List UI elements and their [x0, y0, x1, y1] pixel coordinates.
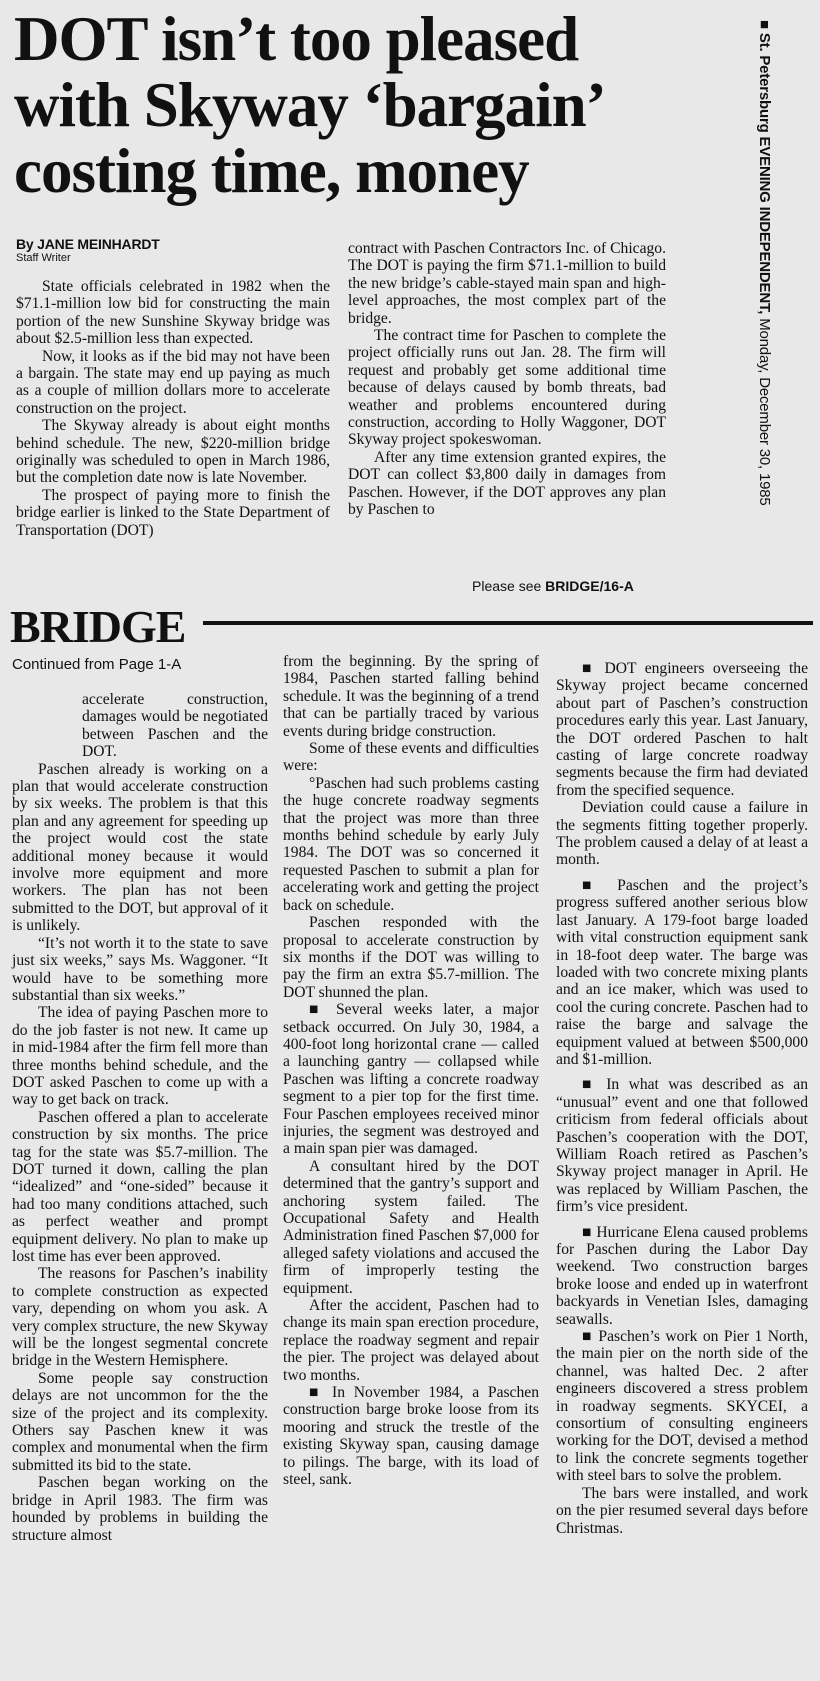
publication-dateline: ■ St. Petersburg EVENING INDEPENDENT, Mo… — [756, 20, 773, 506]
paragraph: °Paschen had such problems casting the h… — [283, 775, 539, 914]
spacer — [556, 1068, 808, 1076]
paragraph: Deviation could cause a failure in the s… — [556, 799, 808, 869]
paragraph: The bars were installed, and work on the… — [556, 1485, 808, 1537]
paragraph: Some people say construction delays are … — [12, 1370, 268, 1474]
paragraph: The reasons for Paschen’s inability to c… — [12, 1265, 268, 1369]
paragraph: State officials celebrated in 1982 when … — [16, 278, 330, 348]
headline-line-2: with Skyway ‘bargain’ — [14, 72, 694, 138]
paragraph: Paschen began working on the bridge in A… — [12, 1474, 268, 1544]
paragraph: ■ Paschen and the project’s progress suf… — [556, 877, 808, 1068]
front-column-2: contract with Paschen Contractors Inc. o… — [348, 240, 666, 519]
paragraph: The Skyway already is about eight months… — [16, 417, 330, 487]
paragraph: accelerate construction, damages would b… — [12, 691, 268, 761]
continuation-column-2: from the beginning. By the spring of 198… — [283, 653, 539, 1489]
paragraph: contract with Paschen Contractors Inc. o… — [348, 240, 666, 327]
paragraph: Paschen offered a plan to accelerate con… — [12, 1109, 268, 1266]
paragraph: ■ Hurricane Elena caused problems for Pa… — [556, 1224, 808, 1328]
paragraph: A consultant hired by the DOT determined… — [283, 1158, 539, 1297]
paragraph: ■ In what was described as an “unusual” … — [556, 1076, 808, 1215]
spacer — [556, 1216, 808, 1224]
paragraph: The contract time for Paschen to complet… — [348, 327, 666, 449]
paragraph: Paschen already is working on a plan tha… — [12, 761, 268, 935]
jump-line: Please see BRIDGE/16-A — [472, 578, 634, 594]
heading-rule — [203, 621, 813, 625]
continuation-heading: BRIDGE — [10, 604, 185, 650]
paragraph: from the beginning. By the spring of 198… — [283, 653, 539, 740]
author-name: By JANE MEINHARDT — [16, 236, 160, 252]
jump-prefix: Please see — [472, 578, 545, 594]
paragraph: Some of these events and difficulties we… — [283, 740, 539, 775]
continuation-column-3: ■ DOT engineers overseeing the Skyway pr… — [556, 660, 808, 1537]
paragraph: ■ DOT engineers overseeing the Skyway pr… — [556, 660, 808, 799]
paragraph: Paschen responded with the proposal to a… — [283, 914, 539, 1001]
author-role: Staff Writer — [16, 252, 160, 264]
spacer — [556, 869, 808, 877]
continued-from: Continued from Page 1-A — [12, 656, 181, 673]
publication-date: Monday, December 30, 1985 — [756, 318, 773, 505]
bullet-icon: ■ — [756, 20, 773, 29]
paragraph: The prospect of paying more to finish th… — [16, 487, 330, 539]
paragraph: ■ Paschen’s work on Pier 1 North, the ma… — [556, 1328, 808, 1485]
headline-line-1: DOT isn’t too pleased — [14, 6, 694, 72]
paragraph: ■ Several weeks later, a major setback o… — [283, 1001, 539, 1158]
paragraph: After any time extension granted expires… — [348, 449, 666, 519]
continuation-column-1: accelerate construction, damages would b… — [12, 691, 268, 1544]
paragraph: Now, it looks as if the bid may not have… — [16, 348, 330, 418]
byline: By JANE MEINHARDT Staff Writer — [16, 236, 160, 264]
paragraph: After the accident, Paschen had to chang… — [283, 1297, 539, 1384]
publication-sidebar: ■ St. Petersburg EVENING INDEPENDENT, Mo… — [745, 20, 785, 620]
paragraph: “It’s not worth it to the state to save … — [12, 935, 268, 1005]
headline-line-3: costing time, money — [14, 138, 694, 204]
headline: DOT isn’t too pleased with Skyway ‘barga… — [14, 6, 694, 204]
publication-name: St. Petersburg EVENING INDEPENDENT, — [756, 33, 773, 314]
paragraph: ■ In November 1984, a Paschen constructi… — [283, 1384, 539, 1488]
paragraph: The idea of paying Paschen more to do th… — [12, 1004, 268, 1108]
front-column-1: State officials celebrated in 1982 when … — [16, 278, 330, 539]
jump-link[interactable]: BRIDGE/16-A — [545, 578, 634, 594]
